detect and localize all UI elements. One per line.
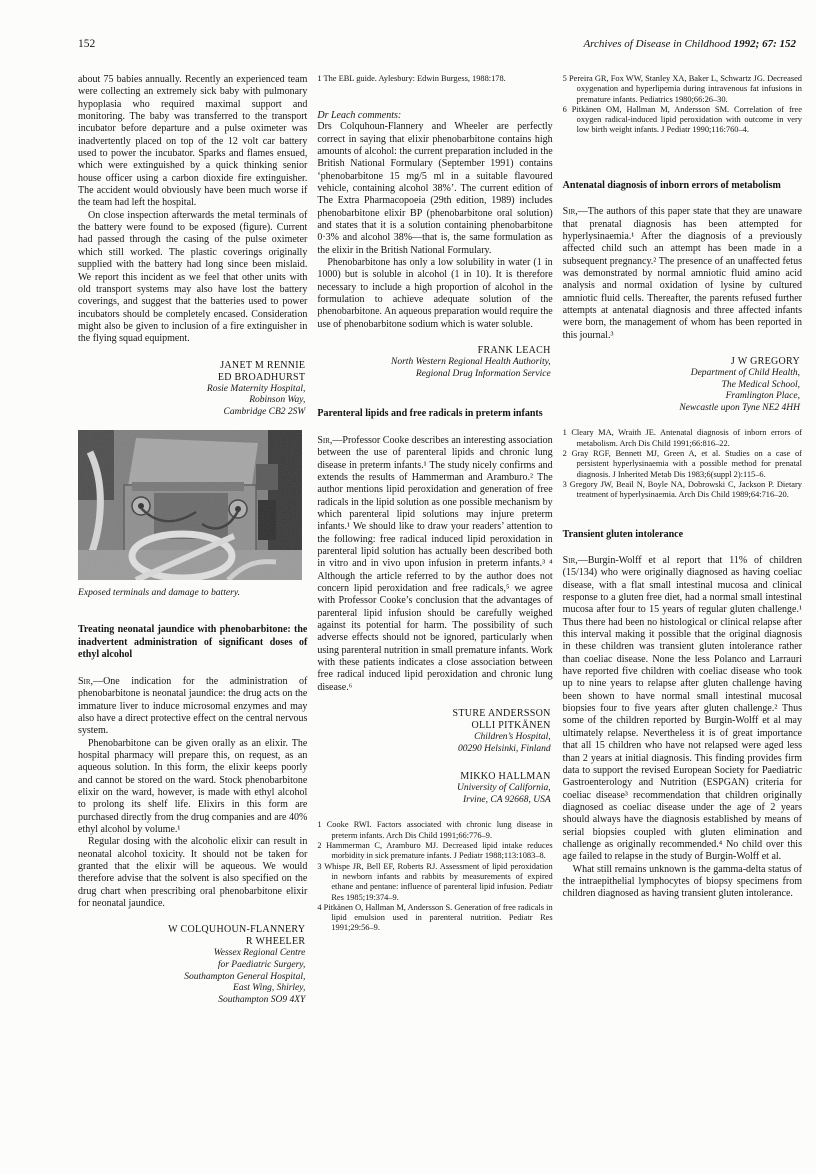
signature-address-line: Wessex Regional Centre bbox=[78, 948, 305, 960]
paragraph-text: One indication for the administration of… bbox=[78, 676, 307, 736]
column-2: 1 The EBL guide. Aylesbury: Edwin Burges… bbox=[317, 74, 552, 1018]
letter-title-lipids: Parenteral lipids and free radicals in p… bbox=[317, 408, 552, 421]
battery-letter-paragraph-1: about 75 babies annually. Recently an ex… bbox=[78, 74, 307, 210]
signature-address-line: Children’s Hospital, bbox=[317, 732, 550, 744]
leach-paragraph-2: Phenobarbitone has only a low solubility… bbox=[317, 257, 552, 331]
letter-title-gluten: Transient gluten intolerance bbox=[563, 529, 802, 542]
reference-item: 1 Cooke RWI. Factors associated with chr… bbox=[317, 820, 552, 841]
signature-address-line: Framlington Place, bbox=[563, 391, 800, 403]
battery-letter-paragraph-2: On close inspection afterwards the metal… bbox=[78, 210, 307, 346]
signature-rennie-broadhurst: JANET M RENNIE ED BROADHURST Rosie Mater… bbox=[78, 360, 305, 419]
journal-page: 152 Archives of Disease in Childhood 199… bbox=[0, 0, 816, 1174]
signature-address-line: East Wing, Shirley, bbox=[78, 983, 305, 995]
reference-item: 2 Hammerman C, Aramburo MJ. Decreased li… bbox=[317, 841, 552, 862]
signature-hallman: MIKKO HALLMAN University of California, … bbox=[317, 771, 550, 806]
paragraph-text: Professor Cooke describes an interesting… bbox=[317, 435, 552, 693]
signature-name: FRANK LEACH bbox=[317, 345, 550, 357]
gluten-paragraph-2: What still remains unknown is the gamma-… bbox=[563, 864, 802, 901]
letter-title-antenatal: Antenatal diagnosis of inborn errors of … bbox=[563, 180, 802, 193]
signature-gregory: J W GREGORY Department of Child Health, … bbox=[563, 356, 800, 414]
signature-name: MIKKO HALLMAN bbox=[317, 771, 550, 783]
jaundice-paragraph-3: Regular dosing with the alcoholic elixir… bbox=[78, 836, 307, 910]
signature-colquhoun-wheeler: W COLQUHOUN-FLANNERY R WHEELER Wessex Re… bbox=[78, 924, 305, 1006]
reference-list-lipids: 1 Cooke RWI. Factors associated with chr… bbox=[317, 820, 552, 933]
figure-caption: Exposed terminals and damage to battery. bbox=[78, 587, 307, 598]
column-3: 5 Pereira GR, Fox WW, Stanley XA, Baker … bbox=[563, 74, 802, 1018]
jaundice-paragraph-1: Sir,—One indication for the administrati… bbox=[78, 676, 307, 738]
three-column-body: about 75 babies annually. Recently an ex… bbox=[78, 74, 802, 1018]
signature-address-line: Newcastle upon Tyne NE2 4HH bbox=[563, 403, 800, 415]
reference-item: 1 The EBL guide. Aylesbury: Edwin Burges… bbox=[317, 74, 552, 84]
letter-title-jaundice: Treating neonatal jaundice with phenobar… bbox=[78, 624, 307, 662]
signature-address-line: Cambridge CB2 2SW bbox=[78, 407, 305, 419]
reference-list-antenatal: 1 Cleary MA, Wraith JE. Antenatal diagno… bbox=[563, 428, 802, 500]
signature-address-line: 00290 Helsinki, Finland bbox=[317, 744, 550, 756]
reference-item: 3 Gregory JW, Beail N, Boyle NA, Dobrows… bbox=[563, 480, 802, 501]
signature-name: ED BROADHURST bbox=[78, 372, 305, 384]
sir-salutation: Sir,— bbox=[563, 206, 588, 217]
signature-address-line: University of California, bbox=[317, 783, 550, 795]
reference-list-lipids-continued: 5 Pereira GR, Fox WW, Stanley XA, Baker … bbox=[563, 74, 802, 136]
spacer bbox=[78, 598, 307, 624]
gluten-paragraph-1: Sir,—Burgin-Wolff et al report that 11% … bbox=[563, 555, 802, 864]
signature-name: J W GREGORY bbox=[563, 356, 800, 368]
signature-name: R WHEELER bbox=[78, 936, 305, 948]
signature-name: STURE ANDERSSON bbox=[317, 708, 550, 720]
signature-leach: FRANK LEACH North Western Regional Healt… bbox=[317, 345, 550, 380]
column-1: about 75 babies annually. Recently an ex… bbox=[78, 74, 307, 1018]
signature-address-line: for Paediatric Surgery, bbox=[78, 960, 305, 972]
leach-paragraph-1: Drs Colquhoun-Flannery and Wheeler are p… bbox=[317, 121, 552, 257]
signature-address-line: Regional Drug Information Service bbox=[317, 369, 550, 381]
journal-citation: Archives of Disease in Childhood 1992; 6… bbox=[583, 38, 796, 50]
journal-issue: 1992; 67: 152 bbox=[731, 38, 796, 50]
signature-address-line: Southampton SO9 4XY bbox=[78, 995, 305, 1007]
reference-item: 4 Pitkänen O, Hallman M, Andersson S. Ge… bbox=[317, 903, 552, 934]
running-header: 152 Archives of Disease in Childhood 199… bbox=[78, 38, 802, 50]
signature-name: W COLQUHOUN-FLANNERY bbox=[78, 924, 305, 936]
reference-item: 5 Pereira GR, Fox WW, Stanley XA, Baker … bbox=[563, 74, 802, 105]
antenatal-paragraph-1: Sir,—The authors of this paper state tha… bbox=[563, 206, 802, 342]
journal-title: Archives of Disease in Childhood bbox=[583, 38, 730, 50]
paragraph-text: The authors of this paper state that the… bbox=[563, 206, 802, 340]
dr-leach-comments-heading: Dr Leach comments: bbox=[317, 110, 552, 121]
reference-item: 3 Whispe JR, Bell EF, Roberts RJ. Assess… bbox=[317, 862, 552, 903]
sir-salutation: Sir,— bbox=[78, 676, 103, 687]
jaundice-paragraph-2: Phenobarbitone can be given orally as an… bbox=[78, 738, 307, 837]
sir-salutation: Sir,— bbox=[317, 435, 342, 446]
signature-name: OLLI PITKÄNEN bbox=[317, 720, 550, 732]
signature-address-line: Irvine, CA 92668, USA bbox=[317, 795, 550, 807]
battery-figure: Exposed terminals and damage to battery. bbox=[78, 430, 307, 598]
paragraph-text: Burgin-Wolff et al report that 11% of ch… bbox=[563, 555, 802, 862]
sir-salutation: Sir,— bbox=[563, 555, 588, 566]
reference-item: 1 Cleary MA, Wraith JE. Antenatal diagno… bbox=[563, 428, 802, 449]
reference-item: 2 Gray RGF, Bennett MJ, Green A, et al. … bbox=[563, 449, 802, 480]
page-number: 152 bbox=[78, 38, 95, 50]
signature-address-line: Southampton General Hospital, bbox=[78, 972, 305, 984]
lipids-paragraph-1: Sir,—Professor Cooke describes an intere… bbox=[317, 435, 552, 694]
spacer bbox=[563, 136, 802, 180]
battery-photo bbox=[78, 430, 302, 580]
signature-address-line: The Medical School, bbox=[563, 380, 800, 392]
signature-address-line: Department of Child Health, bbox=[563, 368, 800, 380]
signature-address-line: North Western Regional Health Authority, bbox=[317, 357, 550, 369]
reference-item: 6 Pitkänen OM, Hallman M, Andersson SM. … bbox=[563, 105, 802, 136]
signature-address-line: Rosie Maternity Hospital, bbox=[78, 384, 305, 396]
signature-andersson-pitkanen: STURE ANDERSSON OLLI PITKÄNEN Children’s… bbox=[317, 708, 550, 755]
signature-name: JANET M RENNIE bbox=[78, 360, 305, 372]
signature-address-line: Robinson Way, bbox=[78, 395, 305, 407]
